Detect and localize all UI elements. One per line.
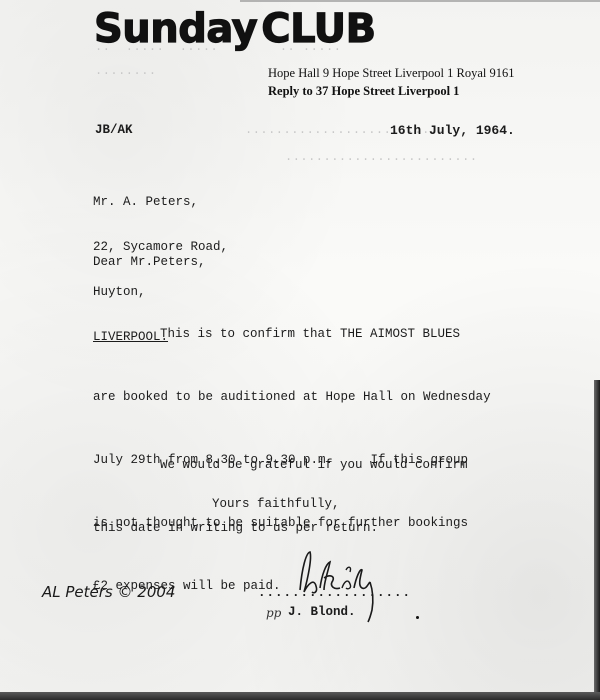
paragraph-line: are booked to be auditioned at Hope Hall…: [93, 387, 491, 408]
body-paragraph-2: We would be grateful if you would confir…: [93, 413, 468, 560]
recipient-name: Mr. A. Peters,: [93, 195, 228, 210]
letter-date: 16th July, 1964.: [390, 123, 515, 138]
signature-line: ..................: [258, 586, 411, 601]
reference-code: JB/AK: [95, 123, 133, 138]
recipient-street: 22, Sycamore Road,: [93, 240, 228, 255]
brand-sunday: Sunday: [94, 6, 257, 52]
scan-bottom-border: [0, 692, 600, 700]
bleed-through-text: .........................: [285, 150, 478, 164]
pp-mark: pp: [266, 606, 281, 620]
scan-right-border: [594, 380, 600, 700]
stray-dot: [416, 616, 419, 619]
paper-top-edge: [240, 0, 600, 2]
salutation: Dear Mr.Peters,: [93, 255, 206, 270]
brand-club: CLUB: [261, 6, 375, 52]
bleed-through-text: ........: [95, 64, 157, 78]
closing: Yours faithfully,: [212, 497, 340, 512]
signer-name: J. Blond.: [288, 605, 356, 620]
paragraph-line: We would be grateful if you would confir…: [93, 455, 468, 476]
copyright-watermark: AL Peters © 2004: [42, 583, 175, 601]
letterhead-reply-address: Reply to 37 Hope Street Liverpool 1: [268, 84, 459, 99]
letterhead-brand: SundayCLUB: [94, 6, 376, 52]
paragraph-line: This is to confirm that THE AIMOST BLUES: [93, 324, 491, 345]
paragraph-line: this date in writing to us per return.: [93, 518, 468, 539]
letterhead-address: Hope Hall 9 Hope Street Liverpool 1 Roya…: [268, 66, 514, 81]
